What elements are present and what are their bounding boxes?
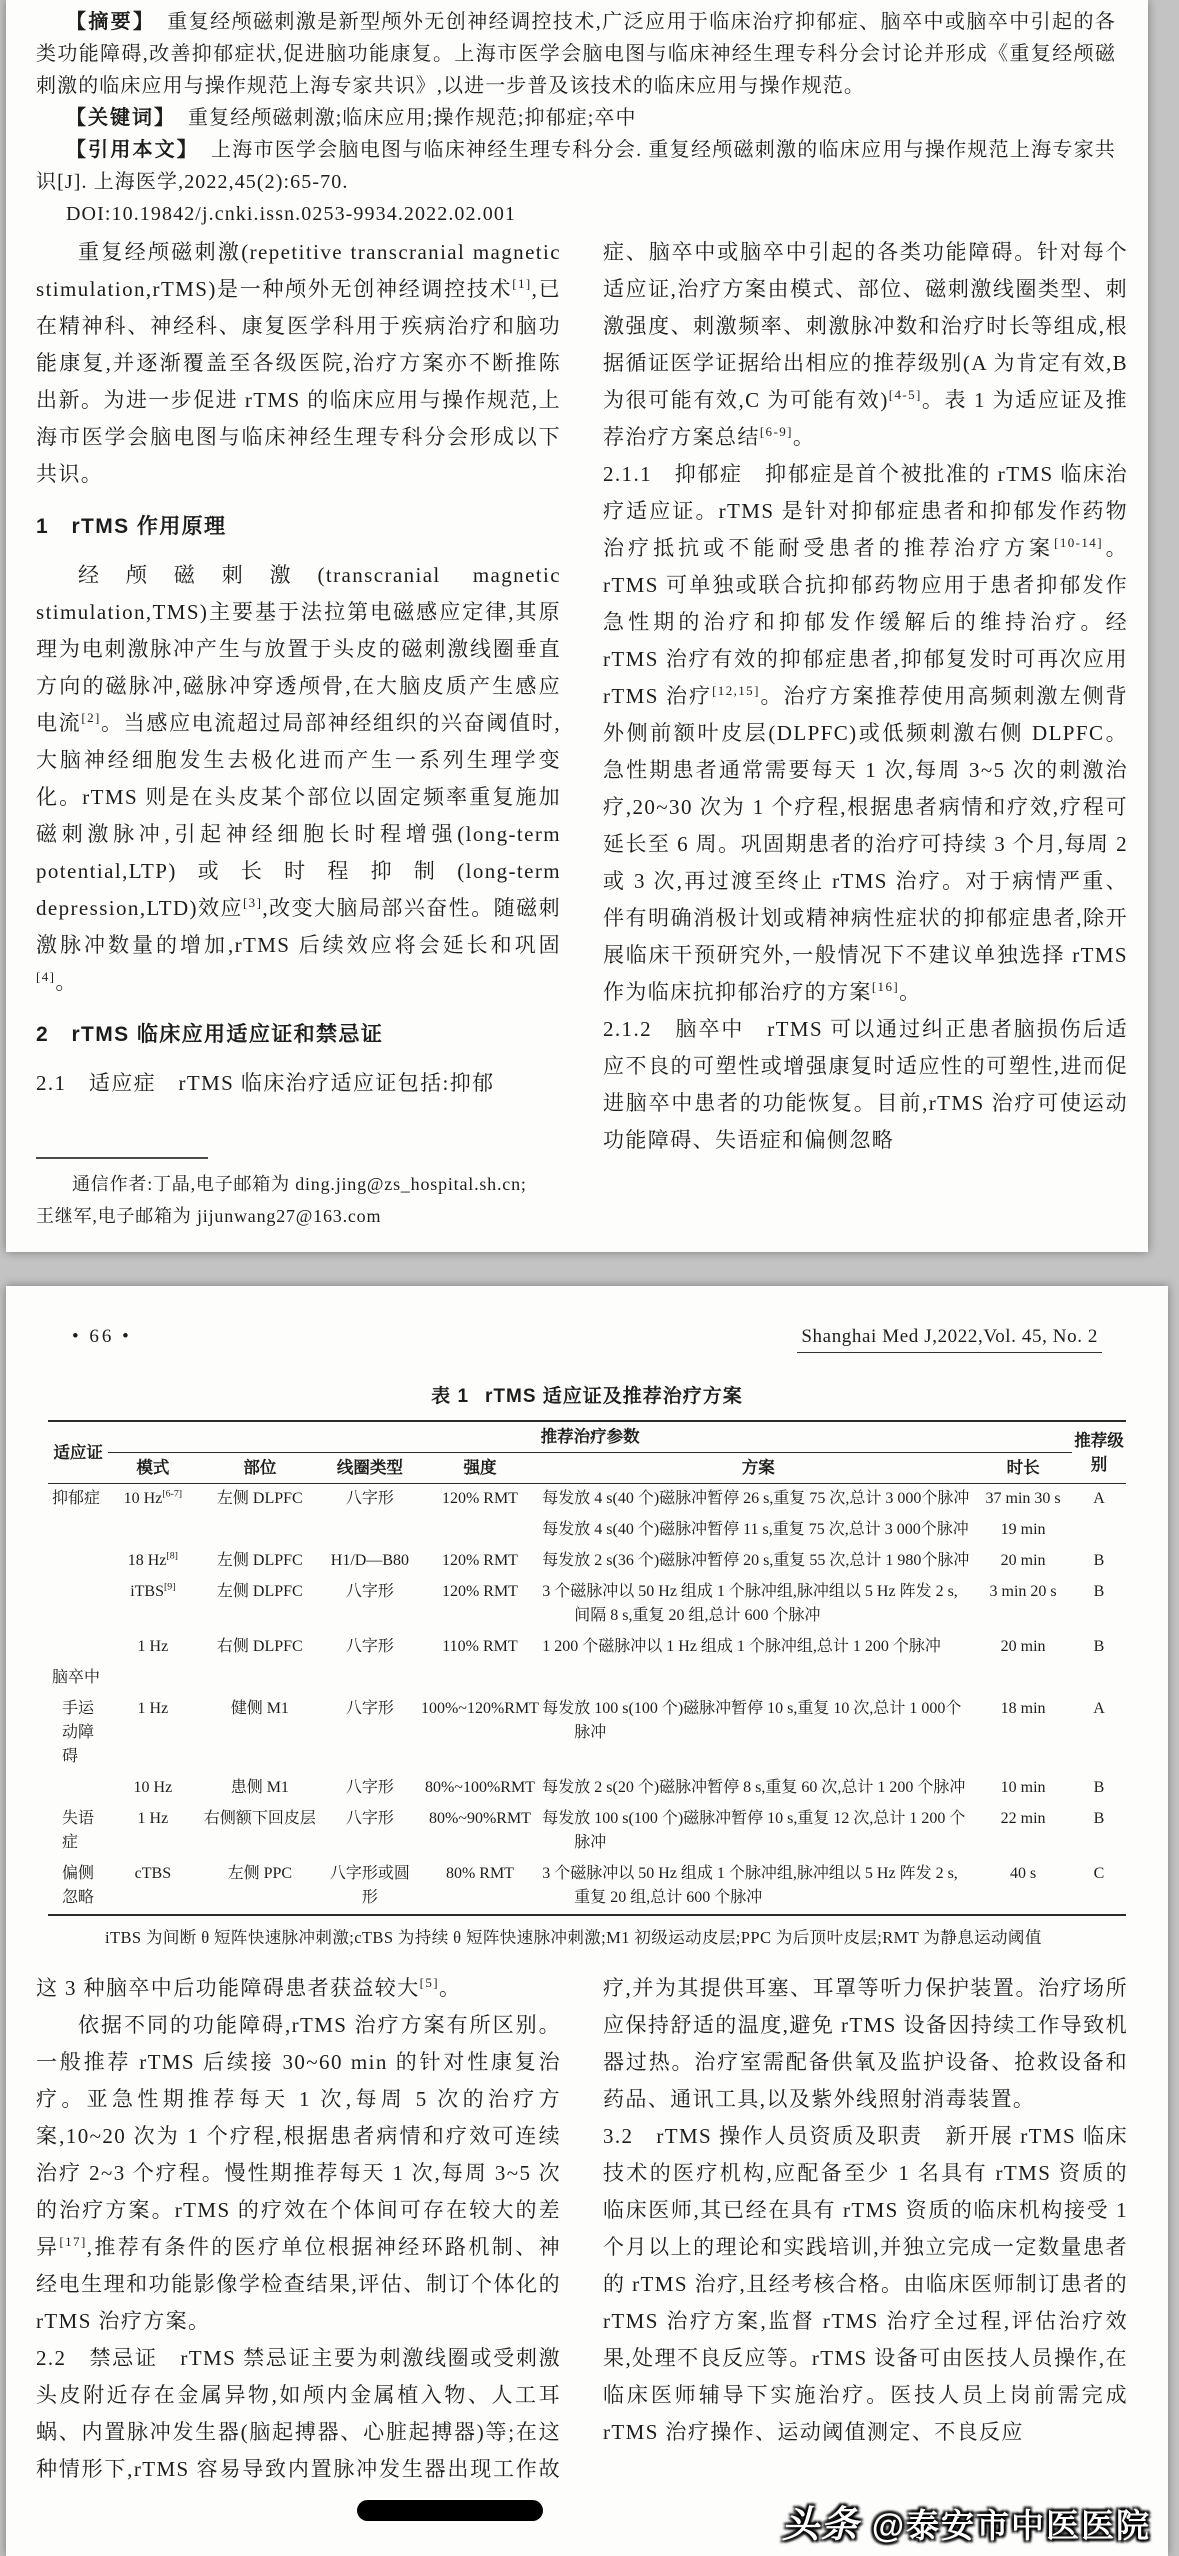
treatment-table: 适应证 推荐治疗参数 推荐级别 模式 部位 线圈类型 强度 方案 时长 抑郁症1… (48, 1420, 1126, 1916)
journal-page-1: 【摘要】重复经颅磁刺激是新型颅外无创神经调控技术,广泛应用于临床治疗抑郁症、脑卒… (6, 0, 1148, 1252)
table-title-text: rTMS 适应证及推荐治疗方案 (485, 1386, 743, 1407)
table-row: 手运动障碍1 Hz健侧 M1八字形100%~120%RMT每发放 100 s(1… (48, 1694, 1126, 1773)
redaction-bar (357, 2500, 543, 2521)
table-title: 表 1rTMS 适应证及推荐治疗方案 (6, 1381, 1168, 1408)
abstract-text: 重复经颅磁刺激是新型颅外无创神经调控技术,广泛应用于临床治疗抑郁症、脑卒中或脑卒… (36, 11, 1116, 97)
page1-body: 重复经颅磁刺激(repetitive transcranial magnetic… (36, 234, 1128, 1248)
keywords-paragraph: 【关键词】重复经颅磁刺激;临床应用;操作规范;抑郁症;卒中 (36, 102, 1116, 134)
col-header-params-group: 推荐治疗参数 (108, 1421, 1072, 1453)
treatment-table-body: 抑郁症10 Hz[6-7]左侧 DLPFC八字形120% RMT每发放 4 s(… (48, 1484, 1126, 1916)
section-1-heading: 1 rTMS 作用原理 (36, 510, 561, 540)
page2-body: 这 3 种脑卒中后功能障碍患者获益较大[5]。 依据不同的功能障碍,rTMS 治… (36, 1970, 1128, 2490)
col-header-mode: 模式 (108, 1453, 197, 1484)
scanned-journal-screenshot: { "page1": { "abstract": { "label": "【摘要… (0, 0, 1179, 2556)
section-3-2-paragraph: 3.2 rTMS 操作人员资质及职责 新开展 rTMS 临床技术的医疗机构,应配… (603, 2118, 1128, 2451)
table-row: 1 Hz右侧 DLPFC八字形110% RMT1 200 个磁脉冲以 1 Hz … (48, 1632, 1126, 1663)
section-2-1-1-paragraph: 2.1.1 抑郁症 抑郁症是首个被批准的 rTMS 临床治疗适应证。rTMS 是… (603, 456, 1128, 1011)
treatment-room-paragraph: 疗,并为其提供耳塞、耳罩等听力保护装置。治疗场所应保持舒适的温度,避免 rTMS… (603, 1970, 1128, 2118)
citation-label: 【引用本文】 (66, 139, 199, 161)
col-header-grade: 推荐级别 (1072, 1421, 1126, 1484)
page2-left-column: 这 3 种脑卒中后功能障碍患者获益较大[5]。 依据不同的功能障碍,rTMS 治… (36, 1970, 561, 2490)
footnote-line-1: 通信作者:丁晶,电子邮箱为 ding.jing@zs_hospital.sh.c… (36, 1168, 561, 1200)
col-header-intensity: 强度 (418, 1453, 543, 1484)
col-header-site: 部位 (198, 1453, 323, 1484)
table-row: iTBS[9]左侧 DLPFC八字形120% RMT3 个磁脉冲以 50 Hz … (48, 1577, 1126, 1632)
journal-page-2: • 66 • Shanghai Med J,2022,Vol. 45, No. … (6, 1286, 1168, 2556)
footnote-divider (36, 1157, 208, 1159)
page2-right-column: 疗,并为其提供耳塞、耳罩等听力保护装置。治疗场所应保持舒适的温度,避免 rTMS… (603, 1970, 1128, 2490)
toutiao-watermark: 头条@泰安市中医医院 (782, 2494, 1151, 2548)
abstract-label: 【摘要】 (66, 11, 155, 33)
table-row: 偏侧忽略cTBS左侧 PPC八字形或圆形80% RMT3 个磁脉冲以 50 Hz… (48, 1859, 1126, 1915)
table-row: 每发放 4 s(40 个)磁脉冲暂停 11 s,重复 75 次,总计 3 000… (48, 1515, 1126, 1546)
abstract-paragraph: 【摘要】重复经颅磁刺激是新型颅外无创神经调控技术,广泛应用于临床治疗抑郁症、脑卒… (36, 6, 1116, 102)
indications-continuation-paragraph: 症、脑卒中或脑卒中引起的各类功能障碍。针对每个适应证,治疗方案由模式、部位、磁刺… (603, 234, 1128, 456)
footnote-line-2: 王继军,电子邮箱为 jijunwang27@163.com (36, 1200, 561, 1232)
correspondence-footnote: 通信作者:丁晶,电子邮箱为 ding.jing@zs_hospital.sh.c… (36, 1157, 561, 1248)
col-header-scheme: 方案 (542, 1453, 974, 1484)
page1-right-column: 症、脑卒中或脑卒中引起的各类功能障碍。针对每个适应证,治疗方案由模式、部位、磁刺… (603, 234, 1128, 1248)
rehab-scheme-paragraph: 依据不同的功能障碍,rTMS 治疗方案有所区别。一般推荐 rTMS 后续接 30… (36, 2007, 561, 2340)
doi-line: DOI:10.19842/j.cnki.issn.0253-9934.2022.… (36, 198, 1116, 230)
stroke-benefit-line: 这 3 种脑卒中后功能障碍患者获益较大[5]。 (36, 1970, 561, 2007)
keywords-text: 重复经颅磁刺激;临床应用;操作规范;抑郁症;卒中 (188, 107, 637, 129)
table-row: 脑卒中 (48, 1663, 1126, 1694)
keywords-label: 【关键词】 (66, 107, 176, 129)
table-title-label: 表 1 (431, 1386, 469, 1407)
intro-paragraph: 重复经颅磁刺激(repetitive transcranial magnetic… (36, 234, 561, 493)
table-row: 18 Hz[8]左侧 DLPFCH1/D—B80120% RMT每发放 2 s(… (48, 1546, 1126, 1577)
principle-paragraph: 经颅磁刺激(transcranial magnetic stimulation,… (36, 557, 561, 1001)
section-2-1-lead: 2.1 适应症 rTMS 临床治疗适应证包括:抑郁 (36, 1065, 561, 1102)
section-2-heading: 2 rTMS 临床应用适应证和禁忌证 (36, 1018, 561, 1048)
treatment-table-header: 适应证 推荐治疗参数 推荐级别 模式 部位 线圈类型 强度 方案 时长 (48, 1421, 1126, 1484)
table-footnote: iTBS 为间断 θ 短阵快速脉冲刺激;cTBS 为持续 θ 短阵快速脉冲刺激;… (72, 1926, 1132, 1950)
journal-header: Shanghai Med J,2022,Vol. 45, No. 2 (797, 1326, 1102, 1353)
col-header-coil: 线圈类型 (322, 1453, 418, 1484)
watermark-account: @泰安市中医医院 (872, 2507, 1151, 2544)
section-2-1-2-paragraph: 2.1.2 脑卒中 rTMS 可以通过纠正患者脑损伤后适应不良的可塑性或增强康复… (603, 1011, 1128, 1159)
page2-running-header: • 66 • Shanghai Med J,2022,Vol. 45, No. … (72, 1326, 1102, 1353)
section-2-2-paragraph: 2.2 禁忌证 rTMS 禁忌证主要为刺激线圈或受刺激头皮附近存在金属异物,如颅… (36, 2340, 561, 2490)
citation-paragraph: 【引用本文】上海市医学会脑电图与临床神经生理专科分会. 重复经颅磁刺激的临床应用… (36, 134, 1116, 198)
toutiao-logo: 头条 (782, 2504, 860, 2545)
table-row: 10 Hz患侧 M1八字形80%~100%RMT每发放 2 s(20 个)磁脉冲… (48, 1773, 1126, 1804)
page-number: • 66 • (72, 1326, 132, 1348)
col-header-indication: 适应证 (48, 1421, 108, 1484)
front-matter: 【摘要】重复经颅磁刺激是新型颅外无创神经调控技术,广泛应用于临床治疗抑郁症、脑卒… (36, 6, 1116, 230)
table-row: 失语症1 Hz右侧额下回皮层八字形80%~90%RMT每发放 100 s(100… (48, 1804, 1126, 1859)
table-row: 抑郁症10 Hz[6-7]左侧 DLPFC八字形120% RMT每发放 4 s(… (48, 1484, 1126, 1516)
page1-left-column: 重复经颅磁刺激(repetitive transcranial magnetic… (36, 234, 561, 1248)
col-header-duration: 时长 (974, 1453, 1072, 1484)
